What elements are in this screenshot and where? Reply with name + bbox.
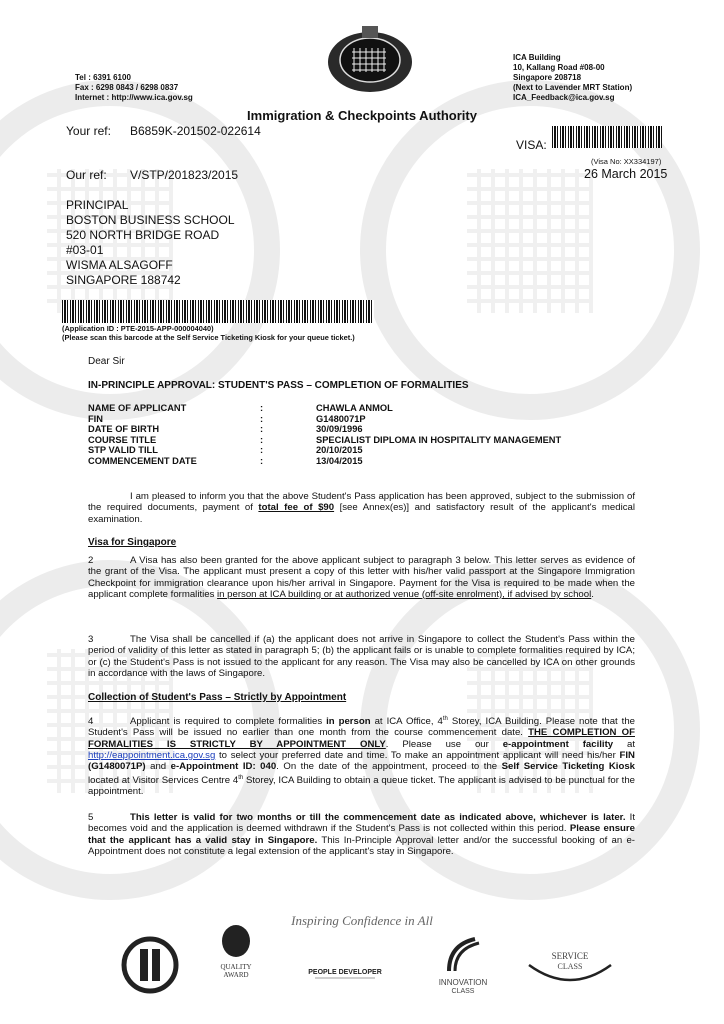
p4-text: to select your preferred date and time. … xyxy=(215,750,619,761)
paragraph-number: 2 xyxy=(88,555,130,566)
letter-date: 26 March 2015 xyxy=(584,167,667,181)
internet: Internet : http://www.ica.gov.sg xyxy=(75,93,193,103)
address-line: 10, Kallang Road #08-00 xyxy=(513,63,632,73)
detail-row: STP VALID TILL:20/10/2015 xyxy=(88,445,561,456)
application-id: (Application ID : PTE-2015-APP-000004040… xyxy=(62,324,355,333)
paragraph-5: 5This letter is valid for two months or … xyxy=(88,812,635,857)
p4-text: . Please use our xyxy=(386,739,503,750)
recipient-line: PRINCIPAL xyxy=(66,198,235,213)
p4-text: . On the date of the appointment, procee… xyxy=(276,761,501,772)
visa-number: (Visa No: XX334197) xyxy=(591,157,661,166)
address-line: ICA Building xyxy=(513,53,632,63)
detail-label: STP VALID TILL xyxy=(88,445,260,456)
innovation-class-logo: INNOVATIONCLASS xyxy=(435,935,491,997)
p4-bold: e-appointment facility xyxy=(503,739,613,750)
detail-label: COMMENCEMENT DATE xyxy=(88,456,260,467)
p4-text: Applicant is required to complete formal… xyxy=(130,716,326,727)
fax: Fax : 6298 0843 / 6298 0837 xyxy=(75,83,193,93)
ica-crest-icon xyxy=(318,24,422,94)
paragraph-4: 4Applicant is required to complete forma… xyxy=(88,714,635,797)
kiosk-bold: Self Service Ticketing Kiosk xyxy=(502,761,635,772)
appointment-id-bold: e-Appointment ID: 040 xyxy=(171,761,277,772)
contact-block: Tel : 6391 6100 Fax : 6298 0843 / 6298 0… xyxy=(75,73,193,103)
your-ref-label: Your ref: xyxy=(66,124,130,138)
svg-text:CLASS: CLASS xyxy=(452,988,475,995)
tel: Tel : 6391 6100 xyxy=(75,73,193,83)
your-ref-value: B6859K-201502-022614 xyxy=(130,124,261,138)
detail-row: FIN:G1480071P xyxy=(88,414,561,425)
svg-text:CLASS: CLASS xyxy=(558,962,583,971)
detail-value: G1480071P xyxy=(316,414,366,425)
recipient-line: SINGAPORE 188742 xyxy=(66,273,235,288)
service-class-logo: SERVICECLASS xyxy=(525,945,615,985)
application-info: (Application ID : PTE-2015-APP-000004040… xyxy=(62,324,355,342)
detail-sep: : xyxy=(260,403,316,414)
recipient-line: 520 NORTH BRIDGE ROAD xyxy=(66,228,235,243)
svg-text:QUALITY: QUALITY xyxy=(220,963,251,971)
singapore-quality-award-logo: QUALITYAWARD xyxy=(212,925,260,995)
our-ref: Our ref:V/STP/201823/2015 xyxy=(66,168,238,182)
subject: IN-PRINCIPLE APPROVAL: STUDENT'S PASS – … xyxy=(88,380,469,391)
detail-value: 13/04/2015 xyxy=(316,456,363,467)
address-line: (Next to Lavender MRT Station) xyxy=(513,83,632,93)
detail-label: NAME OF APPLICANT xyxy=(88,403,260,414)
our-ref-value: V/STP/201823/2015 xyxy=(130,168,238,182)
slogan: Inspiring Confidence in All xyxy=(0,913,724,929)
address-line: Singapore 208718 xyxy=(513,73,632,83)
svg-text:AWARD: AWARD xyxy=(223,971,248,979)
paragraph-number: 4 xyxy=(88,716,130,727)
detail-row: COURSE TITLE:SPECIALIST DIPLOMA IN HOSPI… xyxy=(88,435,561,446)
eappointment-link[interactable]: http://eappointment.ica.gov.sg xyxy=(88,750,215,761)
p5-bold: This letter is valid for two months or t… xyxy=(130,812,626,823)
svg-text:INNOVATION: INNOVATION xyxy=(439,978,488,987)
your-ref: Your ref:B6859K-201502-022614 xyxy=(66,124,261,138)
paragraph-3: 3The Visa shall be cancelled if (a) the … xyxy=(88,634,635,679)
address-block: ICA Building 10, Kallang Road #08-00 Sin… xyxy=(513,53,632,103)
detail-sep: : xyxy=(260,456,316,467)
paragraph-2: 2A Visa has also been granted for the ab… xyxy=(88,555,635,600)
total-fee: total fee of $90 xyxy=(258,502,334,513)
detail-sep: : xyxy=(260,445,316,456)
p2-underlined: in person at ICA building or at authoriz… xyxy=(217,589,591,600)
scan-note: (Please scan this barcode at the Self Se… xyxy=(62,333,355,342)
detail-label: DATE OF BIRTH xyxy=(88,424,260,435)
detail-value: CHAWLA ANMOL xyxy=(316,403,393,414)
p4-text: located at Visitor Services Centre 4 xyxy=(88,775,238,786)
svg-text:SERVICE: SERVICE xyxy=(552,951,589,961)
recipient-address: PRINCIPAL BOSTON BUSINESS SCHOOL 520 NOR… xyxy=(66,198,235,288)
paragraph-number: 3 xyxy=(88,634,130,645)
detail-label: FIN xyxy=(88,414,260,425)
detail-sep: : xyxy=(260,424,316,435)
detail-label: COURSE TITLE xyxy=(88,435,260,446)
salutation: Dear Sir xyxy=(88,356,125,367)
svg-text:PEOPLE DEVELOPER: PEOPLE DEVELOPER xyxy=(308,969,382,976)
paragraph-number: 5 xyxy=(88,812,130,823)
detail-row: NAME OF APPLICANT:CHAWLA ANMOL xyxy=(88,403,561,414)
detail-value: 20/10/2015 xyxy=(316,445,363,456)
recipient-line: BOSTON BUSINESS SCHOOL xyxy=(66,213,235,228)
visa-label: VISA: xyxy=(516,138,547,152)
our-ref-label: Our ref: xyxy=(66,168,130,182)
feedback-email: ICA_Feedback@ica.gov.sg xyxy=(513,93,632,103)
recipient-line: #03-01 xyxy=(66,243,235,258)
p4-text: and xyxy=(146,761,171,772)
p4-bold: in person xyxy=(326,716,371,727)
application-barcode xyxy=(62,300,374,323)
recipient-line: WISMA ALSAGOFF xyxy=(66,258,235,273)
detail-value: 30/09/1996 xyxy=(316,424,363,435)
p2-text: . xyxy=(591,589,594,600)
section-heading-visa: Visa for Singapore xyxy=(88,537,176,548)
p4-text: at ICA Office, 4 xyxy=(371,716,443,727)
detail-value: SPECIALIST DIPLOMA IN HOSPITALITY MANAGE… xyxy=(316,435,561,446)
p4-text: at xyxy=(613,739,635,750)
visa-barcode xyxy=(552,126,662,148)
ministry-of-home-affairs-logo xyxy=(120,935,180,995)
people-developer-logo: PEOPLE DEVELOPER xyxy=(305,960,385,984)
org-name: Immigration & Checkpoints Authority xyxy=(0,108,724,123)
paragraph-1: I am pleased to inform you that the abov… xyxy=(88,491,635,525)
detail-sep: : xyxy=(260,414,316,425)
detail-sep: : xyxy=(260,435,316,446)
applicant-details: NAME OF APPLICANT:CHAWLA ANMOL FIN:G1480… xyxy=(88,403,561,466)
section-heading-collection: Collection of Student's Pass – Strictly … xyxy=(88,692,346,703)
p3-text: The Visa shall be cancelled if (a) the a… xyxy=(88,634,635,679)
detail-row: DATE OF BIRTH:30/09/1996 xyxy=(88,424,561,435)
detail-row: COMMENCEMENT DATE:13/04/2015 xyxy=(88,456,561,467)
